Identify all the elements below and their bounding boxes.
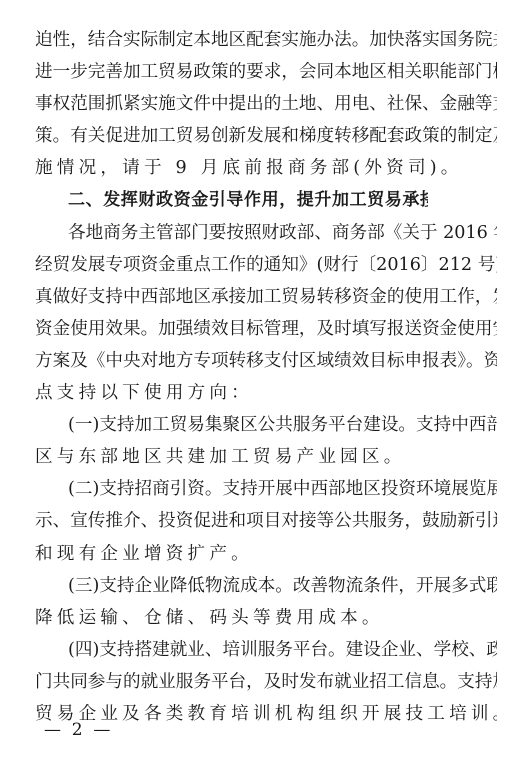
body-text-line: 经贸发展专项资金重点工作的通知》(财行〔2016〕212 号)要求，认 <box>35 253 497 277</box>
body-text-line: 方案及《中央对地方专项转移支付区域绩效目标申报表》。资金重 <box>35 349 497 373</box>
body-text-line: 施情况，请于 9 月底前报商务部(外资司)。 <box>35 156 497 180</box>
body-text-line: 策。有关促进加工贸易创新发展和梯度转移配套政策的制定及实 <box>35 124 497 148</box>
document-page: 迫性，结合实际制定本地区配套实施办法。加快落实国务院关于 进一步完善加工贸易政策… <box>0 0 530 759</box>
body-text-line: 区与东部地区共建加工贸易产业园区。 <box>35 445 497 469</box>
body-text-line: 示、宣传推介、投资促进和项目对接等公共服务，鼓励新引进项目 <box>35 509 497 533</box>
paragraph-first-line: 各地商务主管部门要按照财政部、商务部《关于 2016 年度外 <box>68 221 497 245</box>
body-text-line: 资金使用效果。加强绩效目标管理，及时填写报送资金使用安排 <box>35 317 497 341</box>
body-text-line: 和现有企业增资扩产。 <box>35 542 497 566</box>
body-text-line: 门共同参与的就业服务平台，及时发布就业招工信息。支持加工 <box>35 670 497 694</box>
body-text-line: 进一步完善加工贸易政策的要求，会同本地区相关职能部门根据 <box>35 60 497 84</box>
body-text-line: 事权范围抓紧实施文件中提出的土地、用电、社保、金融等支持政 <box>35 92 497 116</box>
page-number: — 2 — <box>44 718 110 742</box>
section-heading: 二、发挥财政资金引导作用，提升加工贸易承接能力 <box>68 188 428 212</box>
body-text-line: 真做好支持中西部地区承接加工贸易转移资金的使用工作，发挥 <box>35 285 497 309</box>
body-text-line: 降低运输、仓储、码头等费用成本。 <box>35 606 497 630</box>
list-item-4: (四)支持搭建就业、培训服务平台。建设企业、学校、政府部 <box>68 638 497 662</box>
list-item-2: (二)支持招商引资。支持开展中西部地区投资环境展览展 <box>68 477 497 501</box>
body-text-line: 迫性，结合实际制定本地区配套实施办法。加快落实国务院关于 <box>35 28 497 52</box>
list-item-1: (一)支持加工贸易集聚区公共服务平台建设。支持中西部地 <box>68 413 497 437</box>
body-text-line: 点支持以下使用方向： <box>35 381 497 405</box>
list-item-3: (三)支持企业降低物流成本。改善物流条件，开展多式联运， <box>68 574 497 598</box>
